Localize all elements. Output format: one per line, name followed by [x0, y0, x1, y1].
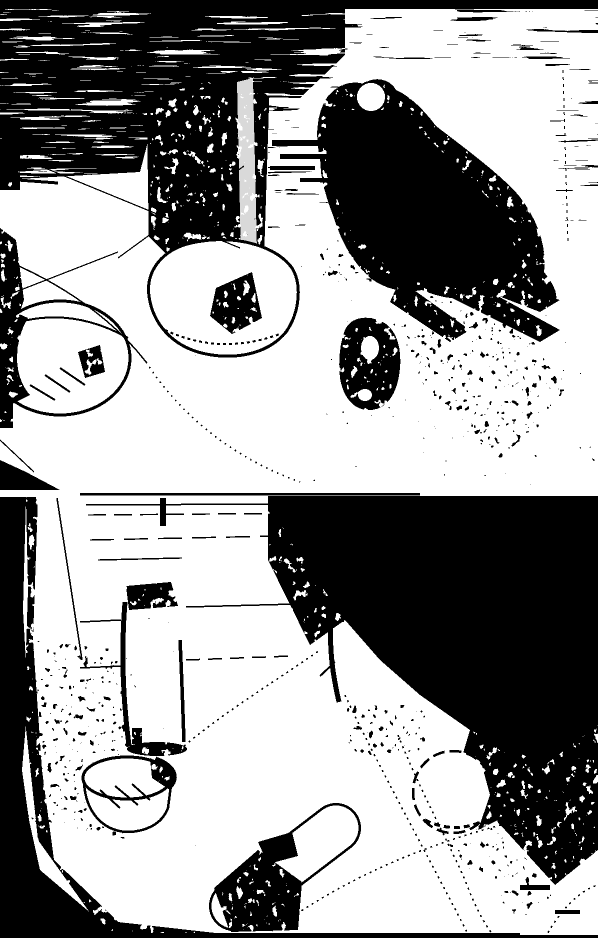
center-rock — [149, 240, 299, 356]
edge-blob — [0, 366, 13, 428]
dithered-photo-pair — [0, 0, 598, 938]
right-pot-speckle — [425, 770, 480, 815]
dash — [555, 910, 580, 914]
pillar-cap — [126, 582, 178, 610]
wall-texture-top-right — [345, 9, 598, 62]
edge-blob — [0, 118, 20, 190]
pillar-base-shadow — [127, 742, 187, 756]
top-black-bar — [0, 0, 598, 9]
upper-photo — [0, 0, 598, 490]
wall-tick — [160, 498, 166, 526]
pillar-speckle — [122, 590, 184, 748]
small-dark-object — [339, 318, 400, 411]
mass-speckle-patch — [345, 705, 425, 755]
figure-head-highlight — [356, 82, 386, 112]
left-rock — [0, 301, 130, 415]
pillar-base-mark — [132, 728, 142, 744]
object-hole — [361, 336, 379, 360]
corner-sparse-dots — [470, 870, 598, 930]
lower-photo — [0, 490, 598, 938]
dash — [270, 166, 315, 170]
dark-slab — [148, 72, 268, 260]
stick-top-blob — [322, 608, 344, 622]
wall-texture-left — [0, 9, 160, 180]
pillar — [122, 582, 187, 756]
object-notch — [358, 389, 372, 401]
dash — [520, 885, 550, 890]
bottom-black-bar — [0, 933, 520, 938]
